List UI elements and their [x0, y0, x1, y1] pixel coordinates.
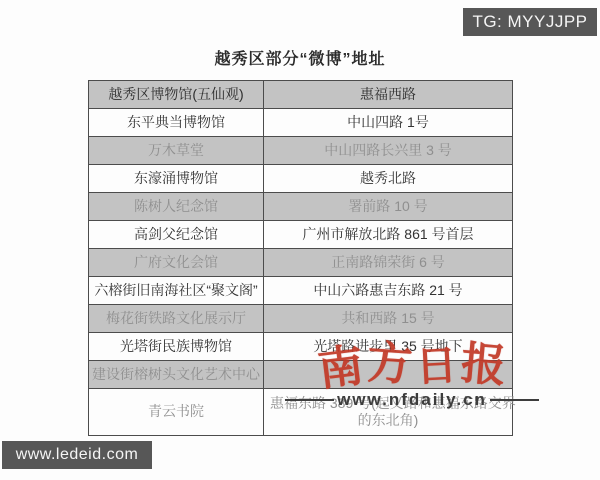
address-line: 惠福东路 389 号(起义路和惠福东路交界 [266, 395, 510, 413]
table-row: 建设街榕树头文化艺术中心 [89, 361, 513, 389]
venue-address-cell: 共和西路 15 号 [264, 305, 513, 333]
address-line: 的东北角) [266, 412, 510, 430]
table-row: 青云书院惠福东路 389 号(起义路和惠福东路交界的东北角) [89, 389, 513, 436]
table-row: 东濠涌博物馆越秀北路 [89, 165, 513, 193]
table-row: 越秀区博物馆(五仙观)惠福西路 [89, 81, 513, 109]
table-row: 六榕街旧南海社区“聚文阁”中山六路惠吉东路 21 号 [89, 277, 513, 305]
venue-name-cell: 东濠涌博物馆 [89, 165, 264, 193]
venue-name-cell: 万木草堂 [89, 137, 264, 165]
ledeid-site-badge: www.ledeid.com [2, 441, 152, 469]
venue-address-cell: 正南路锦荣街 6 号 [264, 249, 513, 277]
venue-address-cell [264, 361, 513, 389]
venue-address-cell: 署前路 10 号 [264, 193, 513, 221]
table-row: 梅花街铁路文化展示厅共和西路 15 号 [89, 305, 513, 333]
table-row: 光塔街民族博物馆光塔路进步里 35 号地下 [89, 333, 513, 361]
venue-name-cell: 陈树人纪念馆 [89, 193, 264, 221]
ledeid-site-label: www.ledeid.com [16, 446, 139, 464]
table-row: 陈树人纪念馆署前路 10 号 [89, 193, 513, 221]
table-row: 东平典当博物馆中山四路 1号 [89, 109, 513, 137]
venue-address-cell: 中山四路 1号 [264, 109, 513, 137]
venue-name-cell: 六榕街旧南海社区“聚文阁” [89, 277, 264, 305]
address-table-body: 越秀区博物馆(五仙观)惠福西路东平典当博物馆中山四路 1号万木草堂中山四路长兴里… [89, 81, 513, 436]
venue-address-cell: 中山六路惠吉东路 21 号 [264, 277, 513, 305]
table-row: 万木草堂中山四路长兴里 3 号 [89, 137, 513, 165]
venue-address-cell: 中山四路长兴里 3 号 [264, 137, 513, 165]
venue-address-cell: 越秀北路 [264, 165, 513, 193]
newspaper-clipping: TG: MYYJJPP 越秀区部分“微博”地址 越秀区博物馆(五仙观)惠福西路东… [0, 0, 600, 480]
venue-address-cell: 广州市解放北路 861 号首层 [264, 221, 513, 249]
table-row: 广府文化会馆正南路锦荣街 6 号 [89, 249, 513, 277]
venue-name-cell: 越秀区博物馆(五仙观) [89, 81, 264, 109]
venue-address-cell: 惠福东路 389 号(起义路和惠福东路交界的东北角) [264, 389, 513, 436]
address-table: 越秀区博物馆(五仙观)惠福西路东平典当博物馆中山四路 1号万木草堂中山四路长兴里… [88, 80, 513, 436]
tg-contact-label: TG: MYYJJPP [472, 12, 587, 32]
page-title: 越秀区部分“微博”地址 [88, 46, 512, 69]
venue-name-cell: 建设街榕树头文化艺术中心 [89, 361, 264, 389]
venue-name-cell: 高剑父纪念馆 [89, 221, 264, 249]
venue-address-cell: 光塔路进步里 35 号地下 [264, 333, 513, 361]
tg-contact-badge: TG: MYYJJPP [463, 8, 597, 36]
venue-address-cell: 惠福西路 [264, 81, 513, 109]
table-row: 高剑父纪念馆广州市解放北路 861 号首层 [89, 221, 513, 249]
venue-name-cell: 光塔街民族博物馆 [89, 333, 264, 361]
venue-name-cell: 梅花街铁路文化展示厅 [89, 305, 264, 333]
venue-name-cell: 东平典当博物馆 [89, 109, 264, 137]
venue-name-cell: 广府文化会馆 [89, 249, 264, 277]
venue-name-cell: 青云书院 [89, 389, 264, 436]
